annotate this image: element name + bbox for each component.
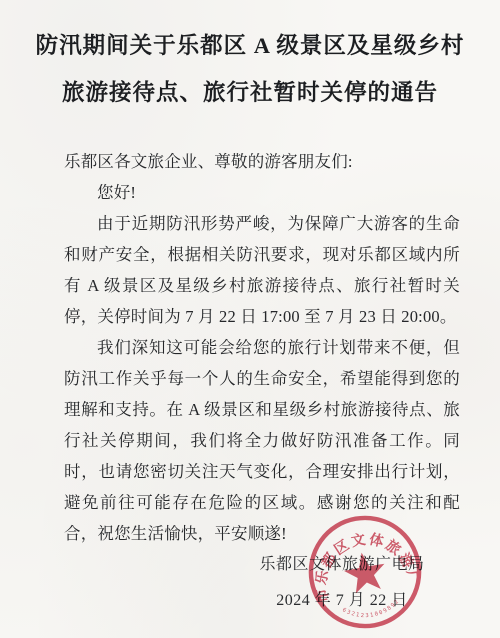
issue-date: 2024 年 7 月 22 日 bbox=[184, 587, 500, 610]
signature-block: 乐都区文体旅游广电局 2024 年 7 月 22 日 bbox=[184, 551, 500, 610]
notice-title: 防汛期间关于乐都区 A 级景区及星级乡村 旅游接待点、旅行社暂时关停的通告 bbox=[0, 22, 500, 116]
notice-title-line2: 旅游接待点、旅行社暂时关停的通告 bbox=[0, 69, 500, 116]
notice-body: 乐都区各文旅企业、尊敬的游客朋友们: 您好! 由于近期防汛形势严峻，为保障广大游… bbox=[64, 146, 460, 549]
paragraph-greeting: 您好! bbox=[64, 177, 460, 208]
notice-document: 防汛期间关于乐都区 A 级景区及星级乡村 旅游接待点、旅行社暂时关停的通告 乐都… bbox=[0, 0, 500, 638]
notice-title-line1: 防汛期间关于乐都区 A 级景区及星级乡村 bbox=[0, 22, 500, 69]
issuer-name: 乐都区文体旅游广电局 bbox=[184, 551, 500, 574]
paragraph-apology-and-advice: 我们深知这可能会给您的旅行计划带来不便，但防汛工作关乎每一个人的生命安全，希望能… bbox=[64, 332, 460, 549]
salutation-line: 乐都区各文旅企业、尊敬的游客朋友们: bbox=[64, 146, 460, 177]
paragraph-closure-details: 由于近期防汛形势严峻，为保障广大游客的生命和财产安全，根据相关防汛要求，现对乐都… bbox=[64, 208, 460, 332]
